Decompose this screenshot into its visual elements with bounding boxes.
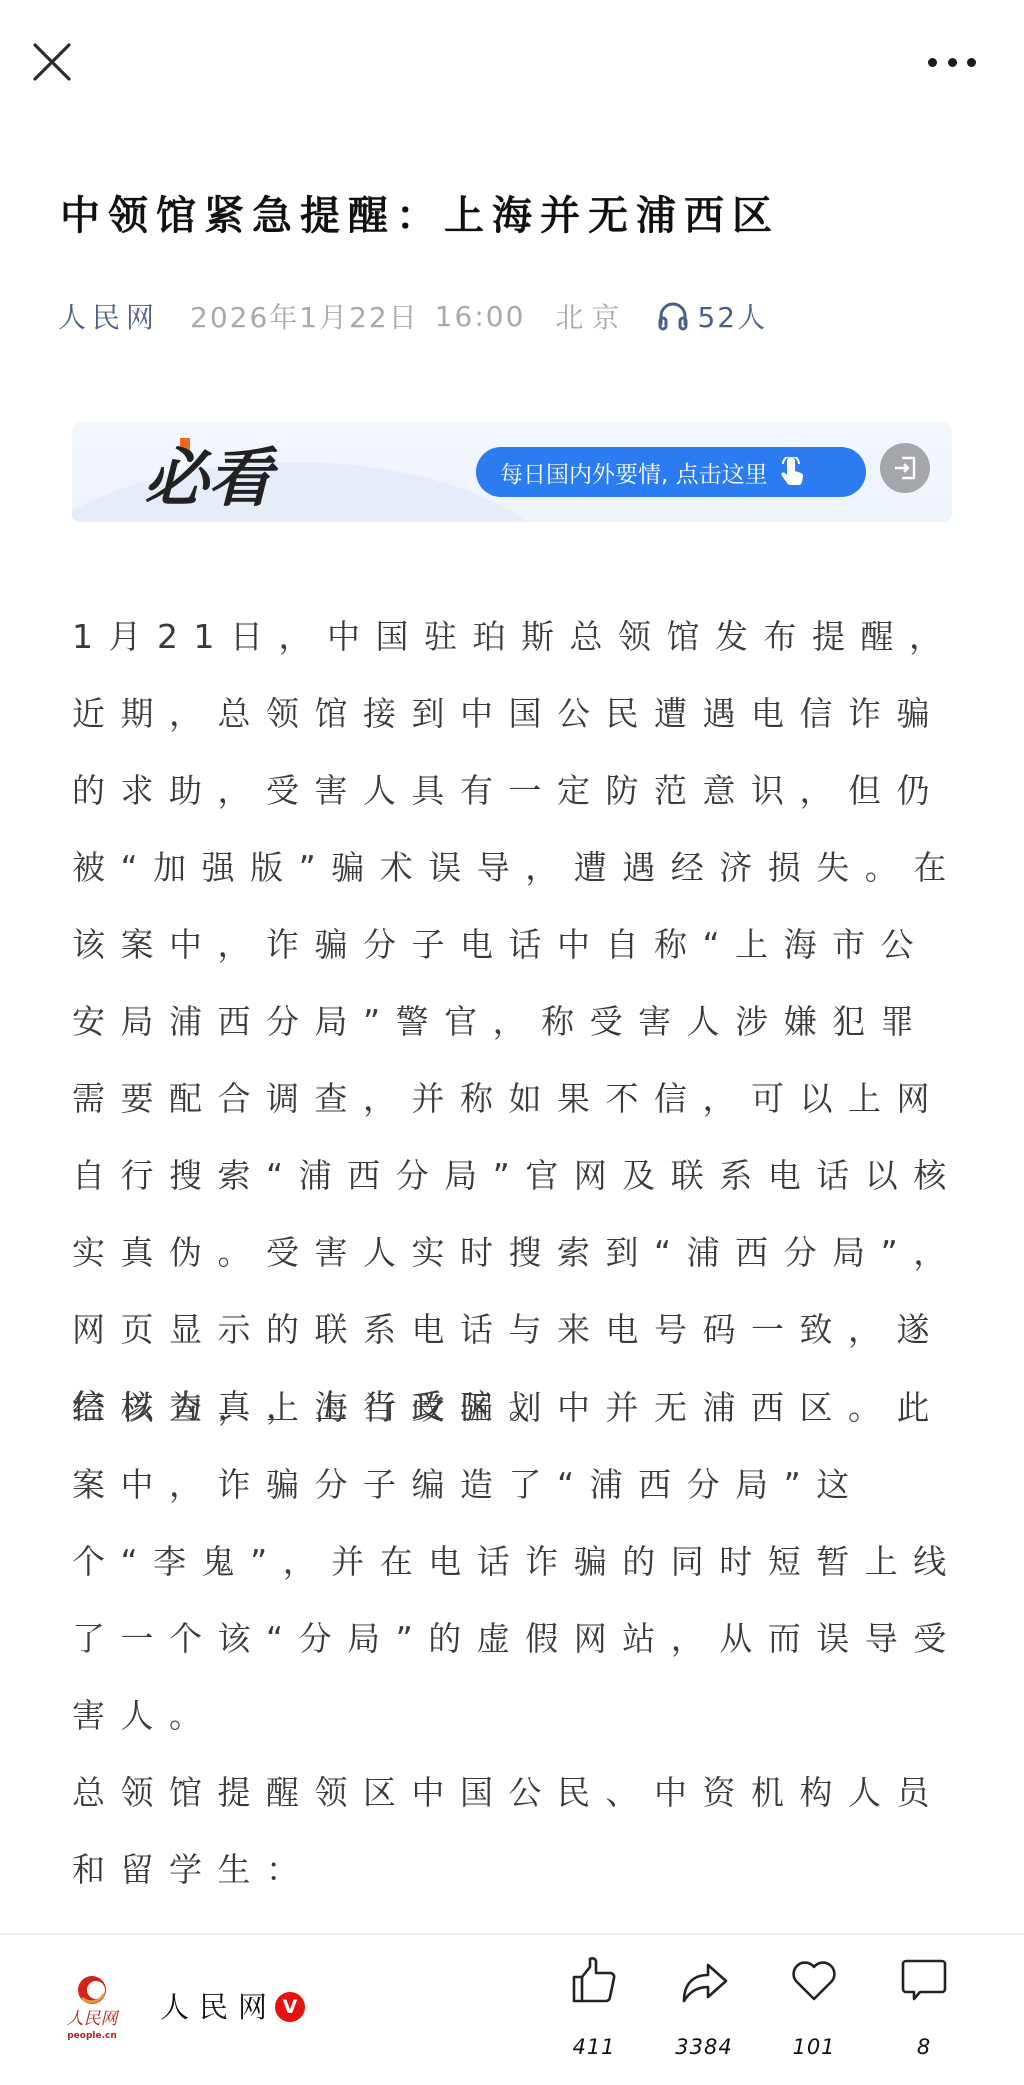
must-read-logo: 必看 [144,436,316,508]
more-horizontal-icon [928,58,937,67]
like-count: 411 [549,2035,639,2059]
close-button[interactable] [30,40,74,84]
favorite-button[interactable]: 101 [769,1955,859,2075]
people-daily-logo-icon: 人民网 people.cn [52,1968,132,2048]
favorite-count: 101 [769,2035,859,2059]
author-name[interactable]: 人民网 [160,1985,277,2026]
top-bar [0,0,1024,120]
verified-badge: V [275,1992,305,2022]
publish-location: 北京 [555,296,627,336]
exit-icon [892,455,918,481]
cta-label: 每日国内外要情, 点击这里 [500,456,768,489]
comment-icon [898,1955,950,2007]
article-title: 中领馆紧急提醒：上海并无浦西区 [60,186,980,246]
more-dot [967,58,976,67]
tap-hand-icon [778,457,806,487]
article-paragraph: 1月21日，中国驻珀斯总领馆发布提醒，近期，总领馆接到中国公民遭遇电信诈骗的求助… [72,598,972,1445]
publish-date: 2026年1月22日 [190,296,419,336]
more-options-button[interactable] [920,44,984,80]
like-button[interactable]: 411 [549,1955,639,2075]
comment-button[interactable]: 8 [879,1955,969,2075]
share-icon [678,1955,730,2007]
close-icon [30,40,74,84]
comment-count: 8 [879,2035,969,2059]
article-meta: 人民网 2026年1月22日 16:00 北京 52人 [58,296,767,336]
share-button[interactable]: 3384 [659,1955,749,2075]
author-avatar[interactable]: 人民网 people.cn [52,1968,132,2048]
bottom-action-bar: 人民网 people.cn 人民网 V 411 3384 101 8 [0,1935,1024,2085]
publish-time: 16:00 [435,300,526,333]
listen-button[interactable]: 52人 [655,296,767,336]
article-paragraph: 经核查，上海行政区划中并无浦西区。此案中，诈骗分子编造了“浦西分局”这个“李鬼”… [72,1369,972,1754]
headphones-icon [655,298,691,334]
must-read-banner[interactable]: 必看 每日国内外要情, 点击这里 [72,422,952,522]
banner-exit-button[interactable] [880,443,930,493]
heart-icon [788,1955,840,2007]
thumbs-up-icon [568,1955,620,2007]
svg-text:people.cn: people.cn [67,2031,117,2041]
more-dot [948,58,957,67]
article-source[interactable]: 人民网 [58,296,160,336]
listener-count: 52人 [697,296,767,336]
article-paragraph: 总领馆提醒领区中国公民、中资机构人员和留学生： [72,1754,972,1908]
daily-news-cta-button[interactable]: 每日国内外要情, 点击这里 [476,447,866,497]
svg-text:必看: 必看 [144,442,279,508]
share-count: 3384 [659,2035,749,2059]
svg-text:人民网: 人民网 [67,2009,121,2029]
